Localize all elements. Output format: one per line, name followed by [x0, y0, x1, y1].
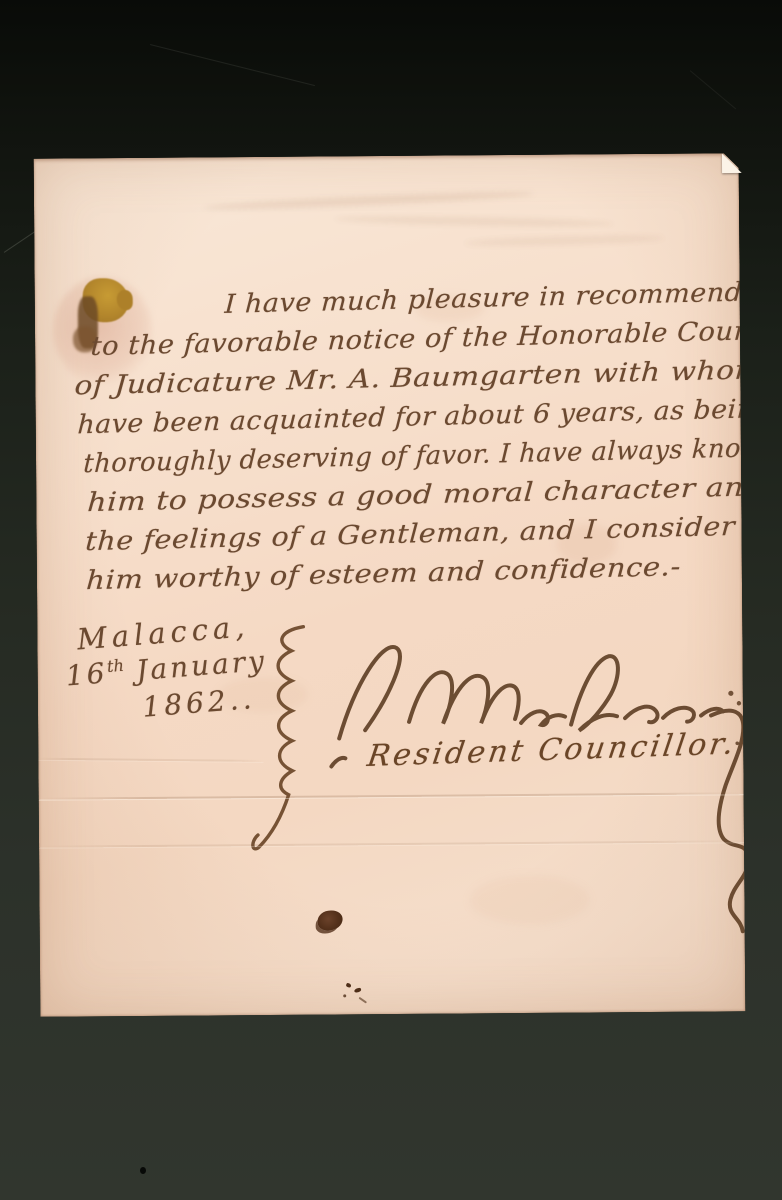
- date-ordinal: th: [106, 656, 124, 676]
- signature-autograph: [324, 623, 755, 971]
- brace-flourish: [245, 621, 319, 860]
- ink-showthrough: [334, 215, 614, 228]
- ink-speckle: [354, 987, 362, 993]
- dateline-block: Malacca, 16th January 1862..: [62, 608, 271, 729]
- ink-speckle: [346, 983, 352, 988]
- date-day: 16: [65, 656, 109, 692]
- scratch-mark: [150, 44, 315, 86]
- dust-speck: [140, 1167, 146, 1174]
- photo-scene: I have much pleasure in recommending to …: [0, 0, 782, 1200]
- folded-corner: [722, 153, 742, 173]
- letter-paper: I have much pleasure in recommending to …: [34, 153, 746, 1017]
- ink-showthrough: [464, 234, 664, 247]
- ink-speckle: [358, 997, 367, 1004]
- ink-speckle: [343, 994, 346, 997]
- fold-crease: [38, 758, 263, 762]
- scratch-mark: [690, 70, 737, 109]
- letter-body-text: I have much pleasure in recommending to …: [32, 274, 744, 603]
- ink-showthrough: [204, 189, 534, 212]
